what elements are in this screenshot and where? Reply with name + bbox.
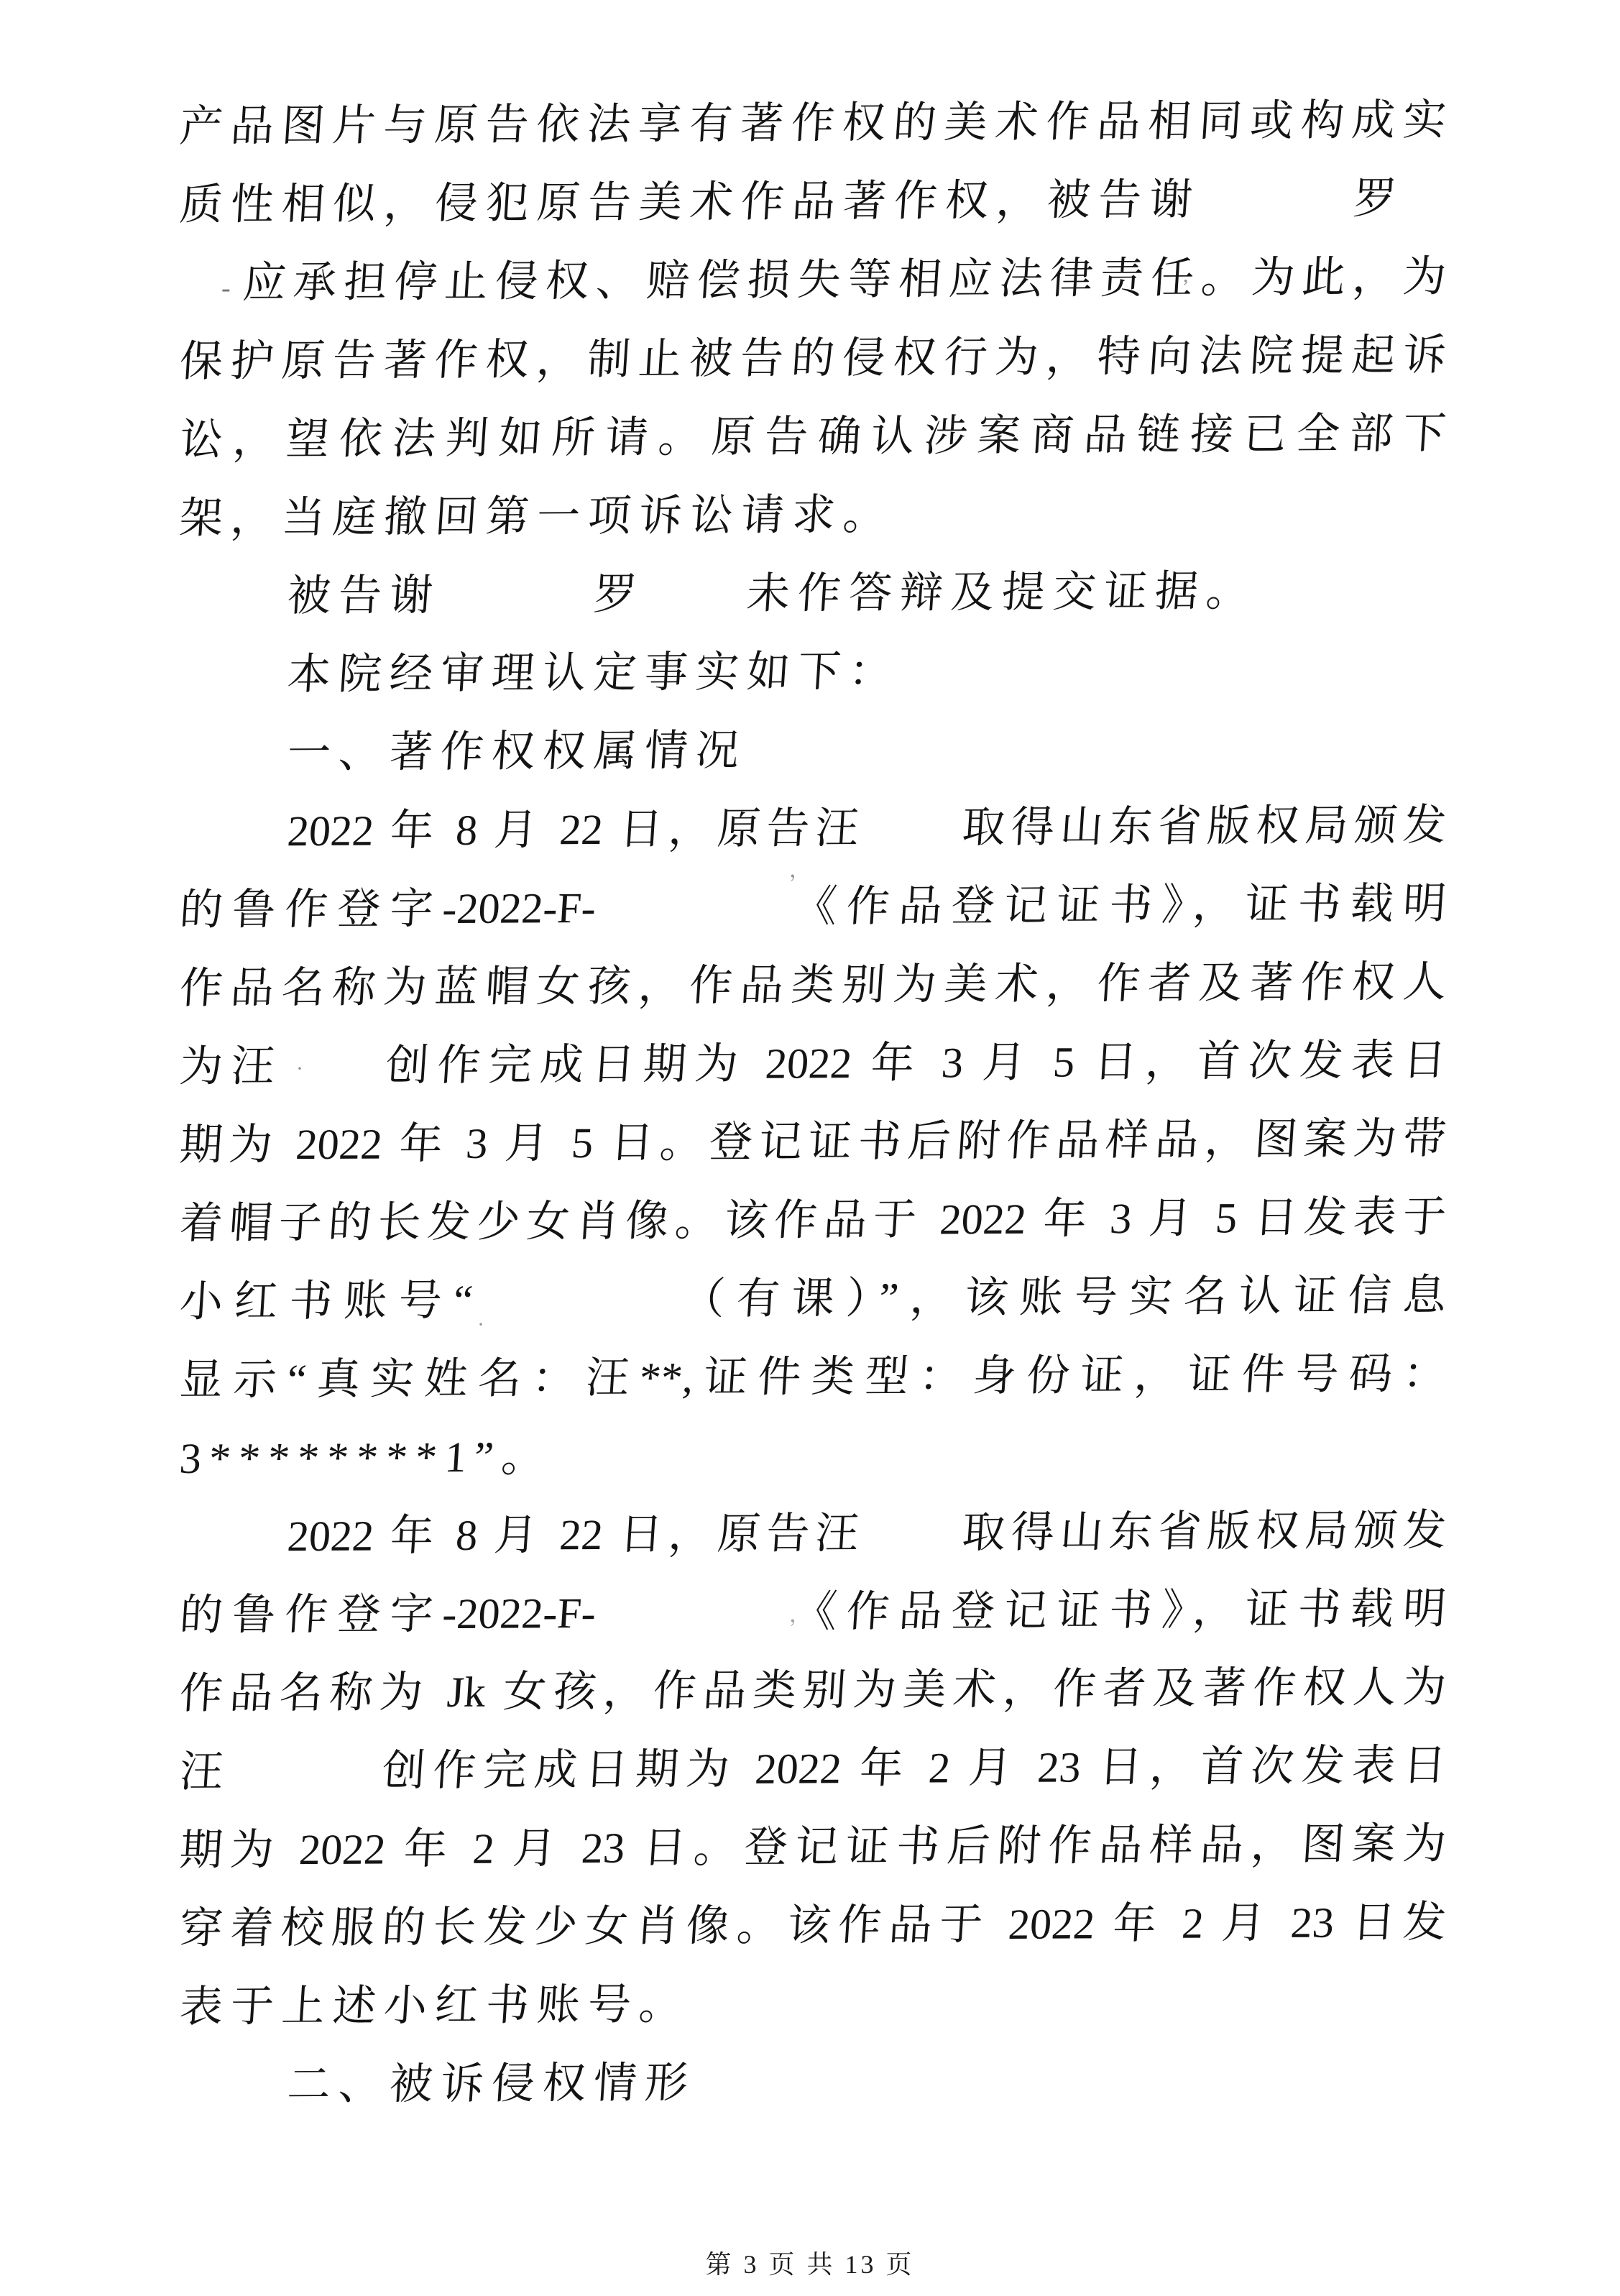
- text-line: 讼，望依法判如所请。原告确认涉案商品链接已全部下: [177, 395, 1448, 479]
- text-line: 架，当庭撤回第一项诉讼请求。: [177, 473, 1448, 558]
- scan-artifact: ，: [789, 860, 811, 881]
- text-line: 产品图片与原告依法享有著作权的美术作品相同或构成实: [177, 81, 1448, 166]
- document-body: 产品图片与原告依法享有著作权的美术作品相同或构成实 质性相似，侵犯原告美术作品著…: [180, 88, 1446, 2125]
- text-line: 应承担停止侵权、赔偿损失等相应法律责任。为此，为: [177, 238, 1448, 323]
- scan-artifact: ·: [477, 1314, 484, 1336]
- text-line: 期为 2022 年 2 月 23 日。登记证书后附作品样品，图案为: [177, 1805, 1448, 1890]
- text-line: 穿着校服的长发少女肖像。该作品于 2022 年 2 月 23 日发: [177, 1883, 1448, 1968]
- document-page: 产品图片与原告依法享有著作权的美术作品相同或构成实 质性相似，侵犯原告美术作品著…: [0, 0, 1620, 2296]
- text-line: 2022 年 8 月 22 日，原告汪 取得山东省版权局颁发: [177, 1492, 1448, 1576]
- scan-artifact: -: [221, 275, 231, 302]
- text-line: 着帽子的长发少女肖像。该作品于 2022 年 3 月 5 日发表于: [177, 1178, 1448, 1263]
- scan-artifact: ·: [296, 1058, 303, 1080]
- text-line: 期为 2022 年 3 月 5 日。登记证书后附作品样品，图案为带: [177, 1100, 1448, 1185]
- text-line: 3********1”。: [177, 1413, 1448, 1498]
- text-line: 二、被诉侵权情形: [177, 2040, 1448, 2125]
- text-line: 2022 年 8 月 22 日，原告汪 取得山东省版权局颁发: [177, 786, 1448, 871]
- text-line: 小红书账号“ （有课）”，该账号实名认证信息: [177, 1257, 1448, 1341]
- scan-artifact: ,: [1183, 265, 1189, 286]
- text-line: 保护原告著作权，制止被告的侵权行为，特向法院提起诉: [177, 316, 1448, 401]
- text-line: 的鲁作登字-2022-F- 《作品登记证书》，证书载明: [177, 1570, 1448, 1655]
- text-line: 被告谢 罗 未作答辩及提交证据。: [177, 551, 1448, 636]
- text-line: 表于上述小红书账号。: [177, 1962, 1448, 2047]
- text-line: 为汪 创作完成日期为 2022 年 3 月 5 日，首次发表日: [177, 1021, 1448, 1106]
- text-line: 质性相似，侵犯原告美术作品著作权，被告谢 罗: [177, 160, 1448, 244]
- text-line: 显示“真实姓名：汪**,证件类型：身份证，证件号码：: [177, 1335, 1448, 1420]
- scan-artifact: ，: [789, 1604, 811, 1626]
- text-line: 汪 创作完成日期为 2022 年 2 月 23 日，首次发表日: [177, 1727, 1448, 1811]
- text-line: 一、著作权权属情况: [177, 708, 1448, 793]
- page-number-footer: 第 3 页 共 13 页: [0, 2244, 1620, 2281]
- text-line: 作品名称为 Jk 女孩，作品类别为美术，作者及著作权人为: [177, 1648, 1448, 1733]
- text-line: 本院经审理认定事实如下：: [177, 630, 1448, 715]
- text-line: 的鲁作登字-2022-F- 《作品登记证书》，证书载明: [177, 865, 1448, 950]
- text-line: 作品名称为蓝帽女孩，作品类别为美术，作者及著作权人: [177, 943, 1448, 1028]
